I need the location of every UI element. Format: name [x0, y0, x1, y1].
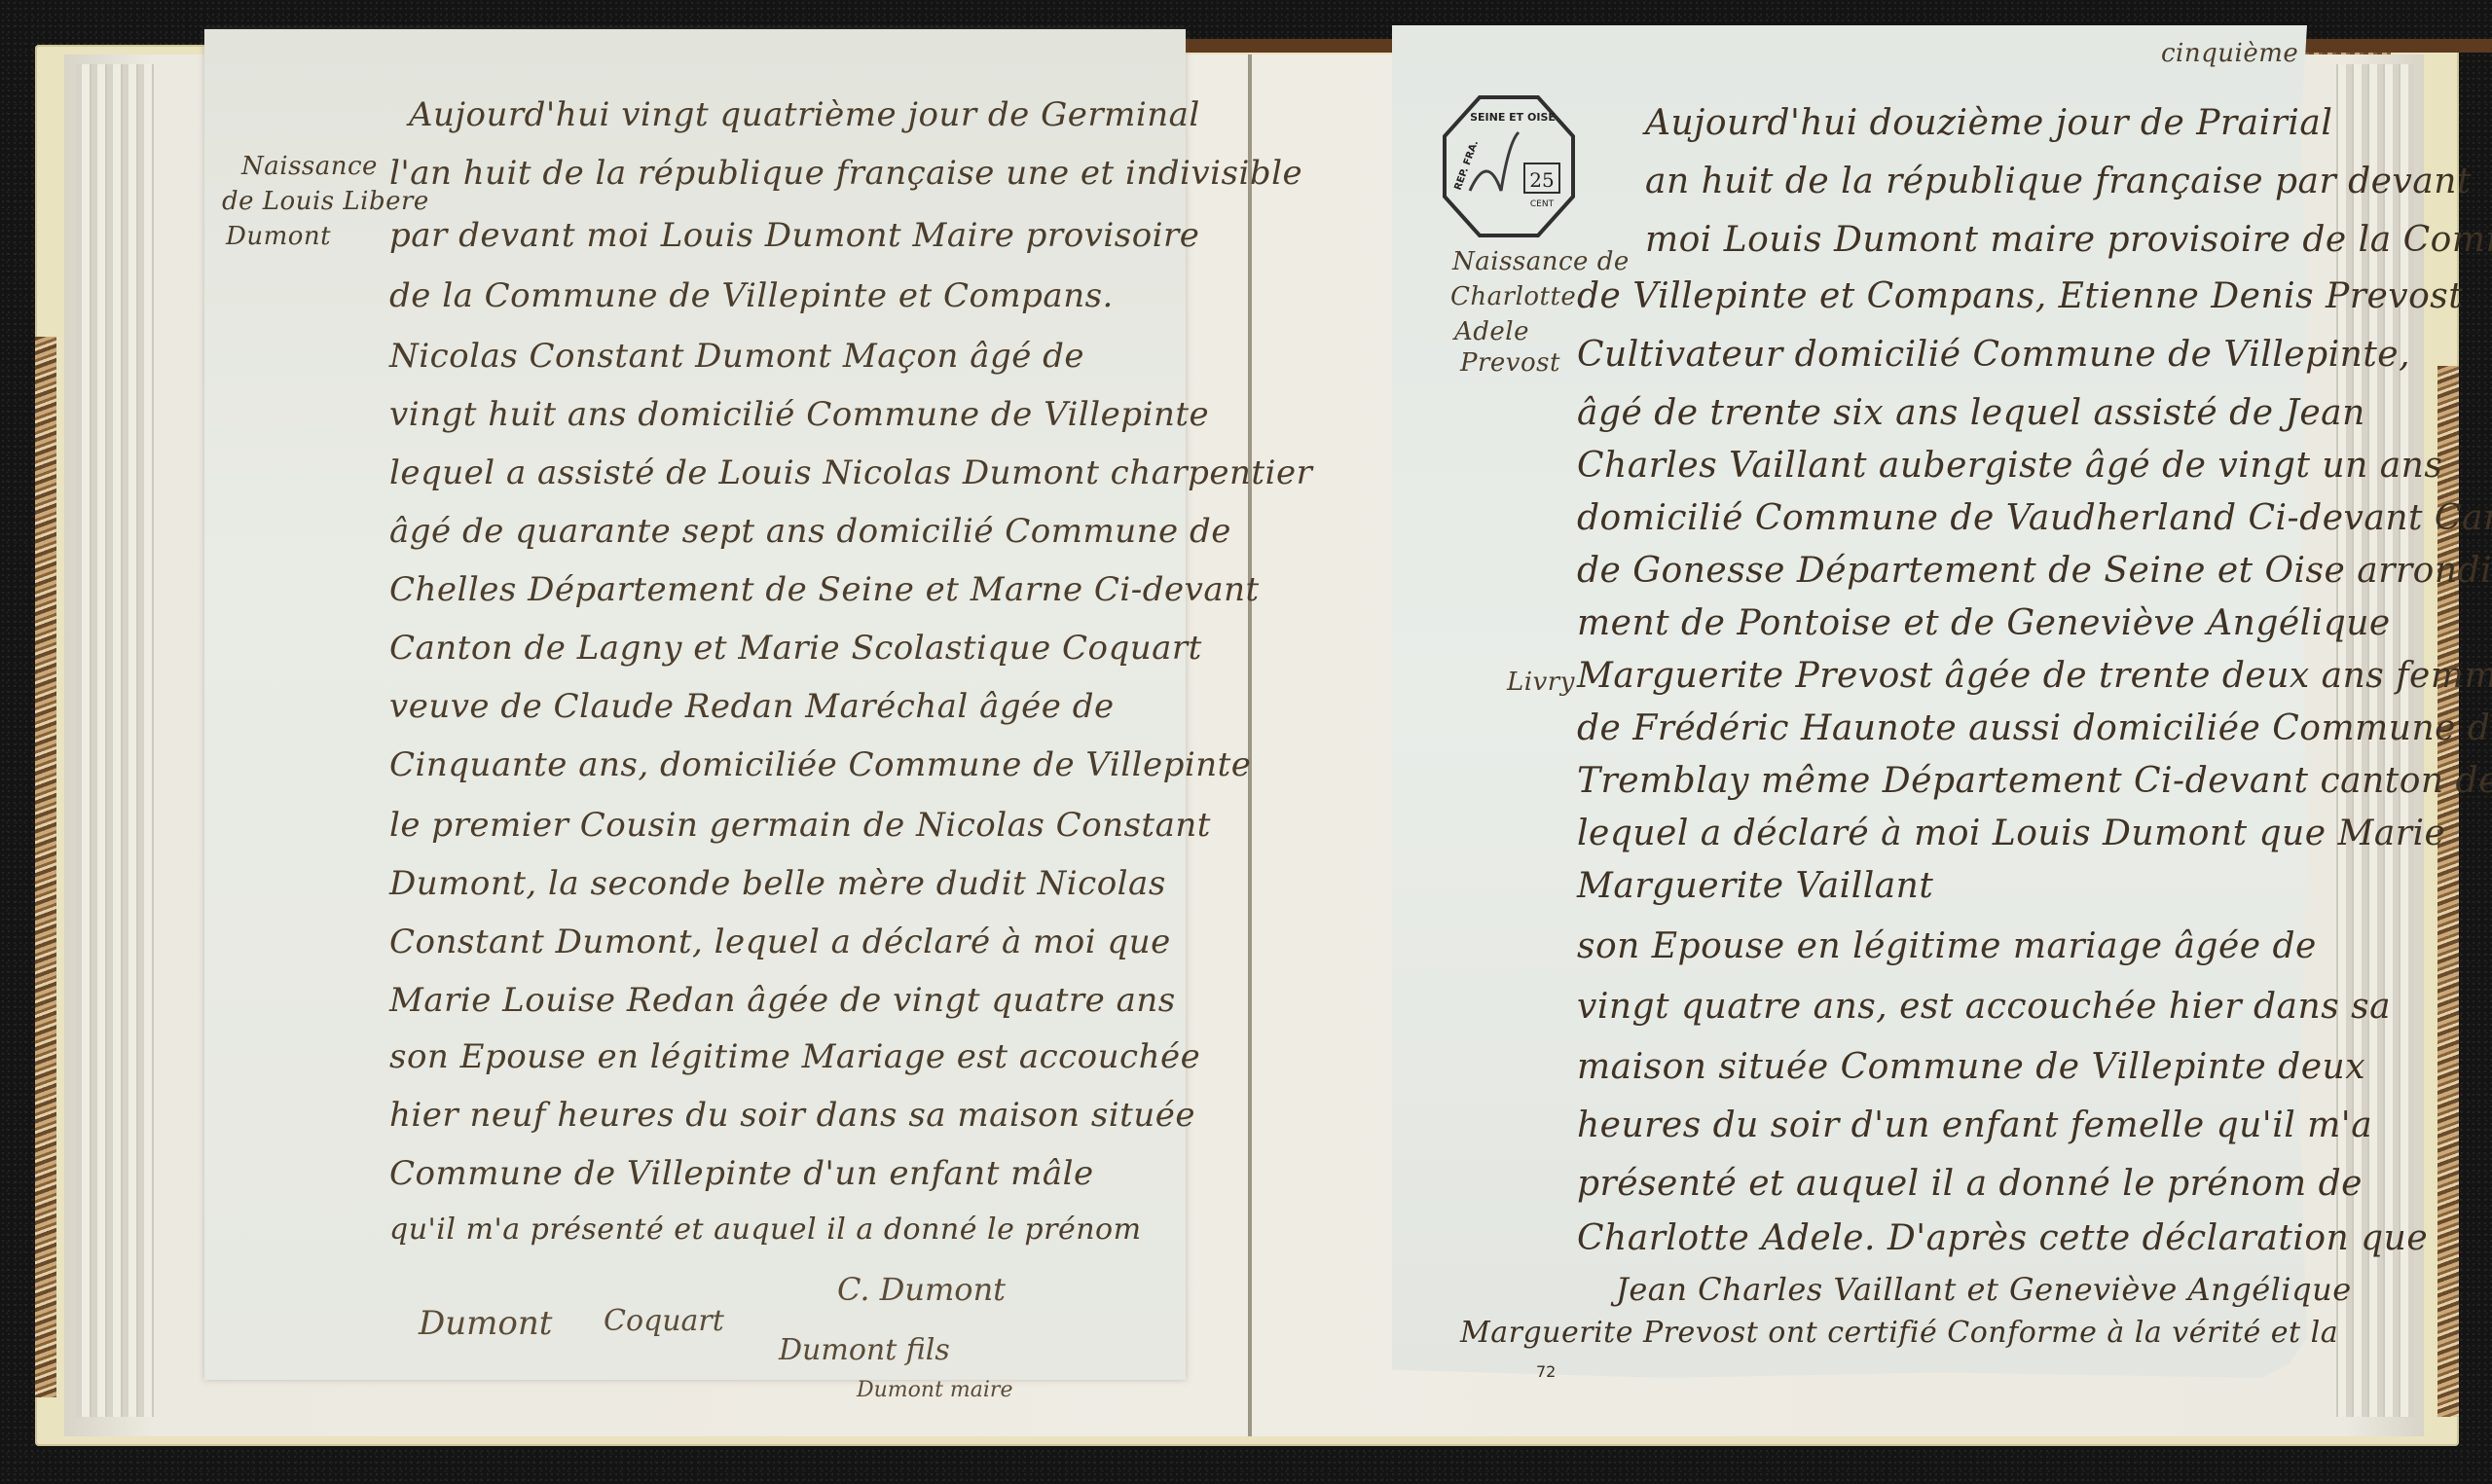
text-line: ment de Pontoise et de Geneviève Angéliq… — [1577, 603, 2391, 643]
text-line: Marie Louise Redan âgée de vingt quatre … — [389, 981, 1176, 1020]
text-line: Cinquante ans, domiciliée Commune de Vil… — [389, 745, 1251, 784]
text-line: Aujourd'hui vingt quatrième jour de Germ… — [409, 95, 1200, 134]
text-line: Tremblay même Département Ci-devant cant… — [1577, 761, 2492, 801]
folio-number: 72 — [1536, 1362, 1556, 1381]
signature: Dumont maire — [857, 1378, 1012, 1402]
text-line: Aujourd'hui douzième jour de Prairial — [1645, 103, 2332, 143]
stamp-value: 25 — [1529, 168, 1554, 192]
margin-note-line: Livry — [1507, 668, 1575, 697]
text-line: vingt quatre ans, est accouchée hier dan… — [1577, 987, 2391, 1027]
text-line: Commune de Villepinte d'un enfant mâle — [389, 1154, 1094, 1193]
text-line: Cultivateur domicilié Commune de Villepi… — [1577, 335, 2410, 375]
text-line: Marguerite Prevost âgée de trente deux a… — [1577, 656, 2492, 696]
signature: Coquart — [604, 1304, 724, 1338]
text-line: âgé de trente six ans lequel assisté de … — [1577, 393, 2365, 433]
text-line: âgé de quarante sept ans domicilié Commu… — [389, 512, 1231, 551]
margin-note-line: Dumont — [226, 222, 331, 251]
signature: Dumont — [419, 1304, 552, 1343]
text-line: heures du soir d'un enfant femelle qu'il… — [1577, 1105, 2372, 1145]
text-line: moi Louis Dumont maire provisoire de la … — [1645, 220, 2492, 260]
signature: Dumont fils — [779, 1333, 950, 1367]
text-line: an huit de la république française par d… — [1645, 162, 2472, 201]
margin-note-line: Adele — [1454, 317, 1529, 346]
text-line: de Frédéric Haunote aussi domiciliée Com… — [1577, 708, 2492, 748]
text-line: de Villepinte et Compans, Etienne Denis … — [1577, 276, 2463, 316]
stamp-top-text: SEINE ET OISE — [1470, 111, 1556, 124]
margin-note-line: Charlotte — [1450, 282, 1576, 311]
text-line: l'an huit de la république française une… — [389, 154, 1302, 193]
text-line: veuve de Claude Redan Maréchal âgée de — [389, 687, 1115, 726]
text-line: de la Commune de Villepinte et Compans. — [389, 276, 1114, 315]
text-line: Constant Dumont, lequel a déclaré à moi … — [389, 923, 1171, 961]
stamp-side-text: REP. FRA. — [1452, 139, 1481, 192]
margin-note-line: Prevost — [1460, 348, 1560, 378]
text-line: de Gonesse Département de Seine et Oise … — [1577, 551, 2492, 591]
margin-note-line: Naissance de — [1452, 247, 1630, 276]
text-line: Charlotte Adele. D'après cette déclarati… — [1577, 1218, 2428, 1258]
text-line: Chelles Département de Seine et Marne Ci… — [389, 570, 1260, 609]
page-edges-left — [76, 64, 154, 1417]
text-line: Marguerite Prevost ont certifié Conforme… — [1460, 1316, 2338, 1350]
text-line: hier neuf heures du soir dans sa maison … — [389, 1096, 1195, 1135]
interlinear-insertion: cinquième — [2161, 39, 2298, 68]
text-line: par devant moi Louis Dumont Maire provis… — [389, 216, 1199, 255]
text-line: maison située Commune de Villepinte deux — [1577, 1047, 2365, 1087]
text-line: Marguerite Vaillant — [1577, 866, 1933, 906]
text-line: le premier Cousin germain de Nicolas Con… — [389, 806, 1211, 845]
marbled-edge-left — [35, 337, 56, 1397]
text-line: domicilié Commune de Vaudherland Ci-deva… — [1577, 498, 2492, 538]
text-line: Dumont, la seconde belle mère dudit Nico… — [389, 864, 1166, 903]
text-line: présenté et auquel il a donné le prénom … — [1577, 1164, 2363, 1204]
text-line: son Epouse en légitime Mariage est accou… — [389, 1037, 1200, 1076]
stamp-unit: CENT — [1530, 199, 1555, 209]
text-line: lequel a déclaré à moi Louis Dumont que … — [1577, 814, 2445, 853]
margin-note-line: Naissance — [241, 152, 378, 181]
tax-stamp-icon: 25 CENT SEINE ET OISE REP. FRA. — [1441, 93, 1577, 239]
text-line: Charles Vaillant aubergiste âgé de vingt… — [1577, 446, 2442, 486]
text-line: qu'il m'a présenté et auquel il a donné … — [389, 1213, 1142, 1247]
text-line: son Epouse en légitime mariage âgée de — [1577, 926, 2317, 966]
text-line: Nicolas Constant Dumont Maçon âgé de — [389, 337, 1084, 376]
text-line: lequel a assisté de Louis Nicolas Dumont… — [389, 453, 1312, 492]
text-line: Canton de Lagny et Marie Scolastique Coq… — [389, 629, 1202, 668]
signature: C. Dumont — [837, 1271, 1006, 1308]
text-line: vingt huit ans domicilié Commune de Vill… — [389, 395, 1209, 434]
text-line: Jean Charles Vaillant et Geneviève Angél… — [1616, 1271, 2352, 1308]
